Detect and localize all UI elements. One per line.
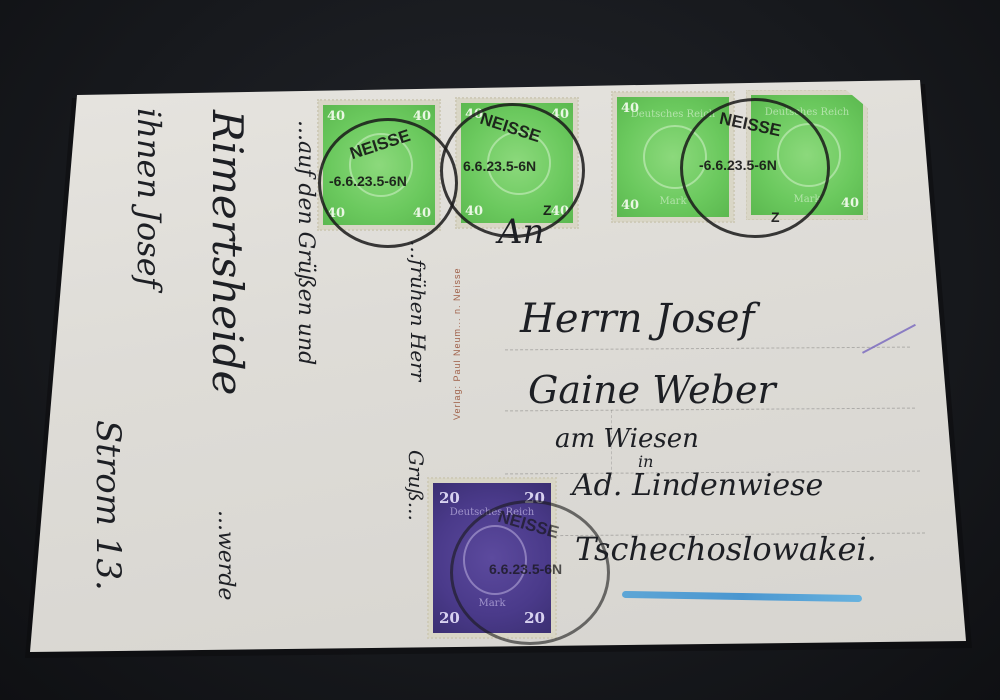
publisher-imprint: Verlag: Paul Neum... n. Neisse — [452, 267, 462, 420]
message-middle-line-1: ...frühen Herr — [406, 240, 430, 381]
message-line-josef: ihnen Josef — [130, 108, 168, 288]
postmark-neisse-4: NEISSE 6.6.23.5-6N — [450, 500, 610, 645]
message-line-werde: ...werde — [213, 510, 238, 600]
address-line-3: am Wiesen — [555, 424, 699, 454]
postmark-neisse-3: NEISSE -6.6.23.5-6N Z — [680, 98, 830, 238]
message-line-rimertsheide: Rimertsheide — [203, 110, 252, 395]
message-middle-line-2: Gruß... — [404, 450, 428, 521]
address-line-4: Ad. Lindenwiese — [572, 468, 823, 503]
address-line-2: Gaine Weber — [528, 368, 776, 412]
address-salutation: An — [498, 212, 544, 252]
message-line-gruessen: ...auf den Grüßen und — [293, 120, 318, 365]
address-line-1: Herrn Josef — [520, 296, 754, 342]
message-line-strom: Strom 13. — [88, 420, 128, 591]
postcard: Verlag: Paul Neum... n. Neisse 40 40 40 … — [0, 0, 1000, 700]
postmark-neisse-1: NEISSE -6.6.23.5-6N — [318, 118, 458, 248]
address-line-5: Tschechoslowakei. — [575, 530, 877, 568]
